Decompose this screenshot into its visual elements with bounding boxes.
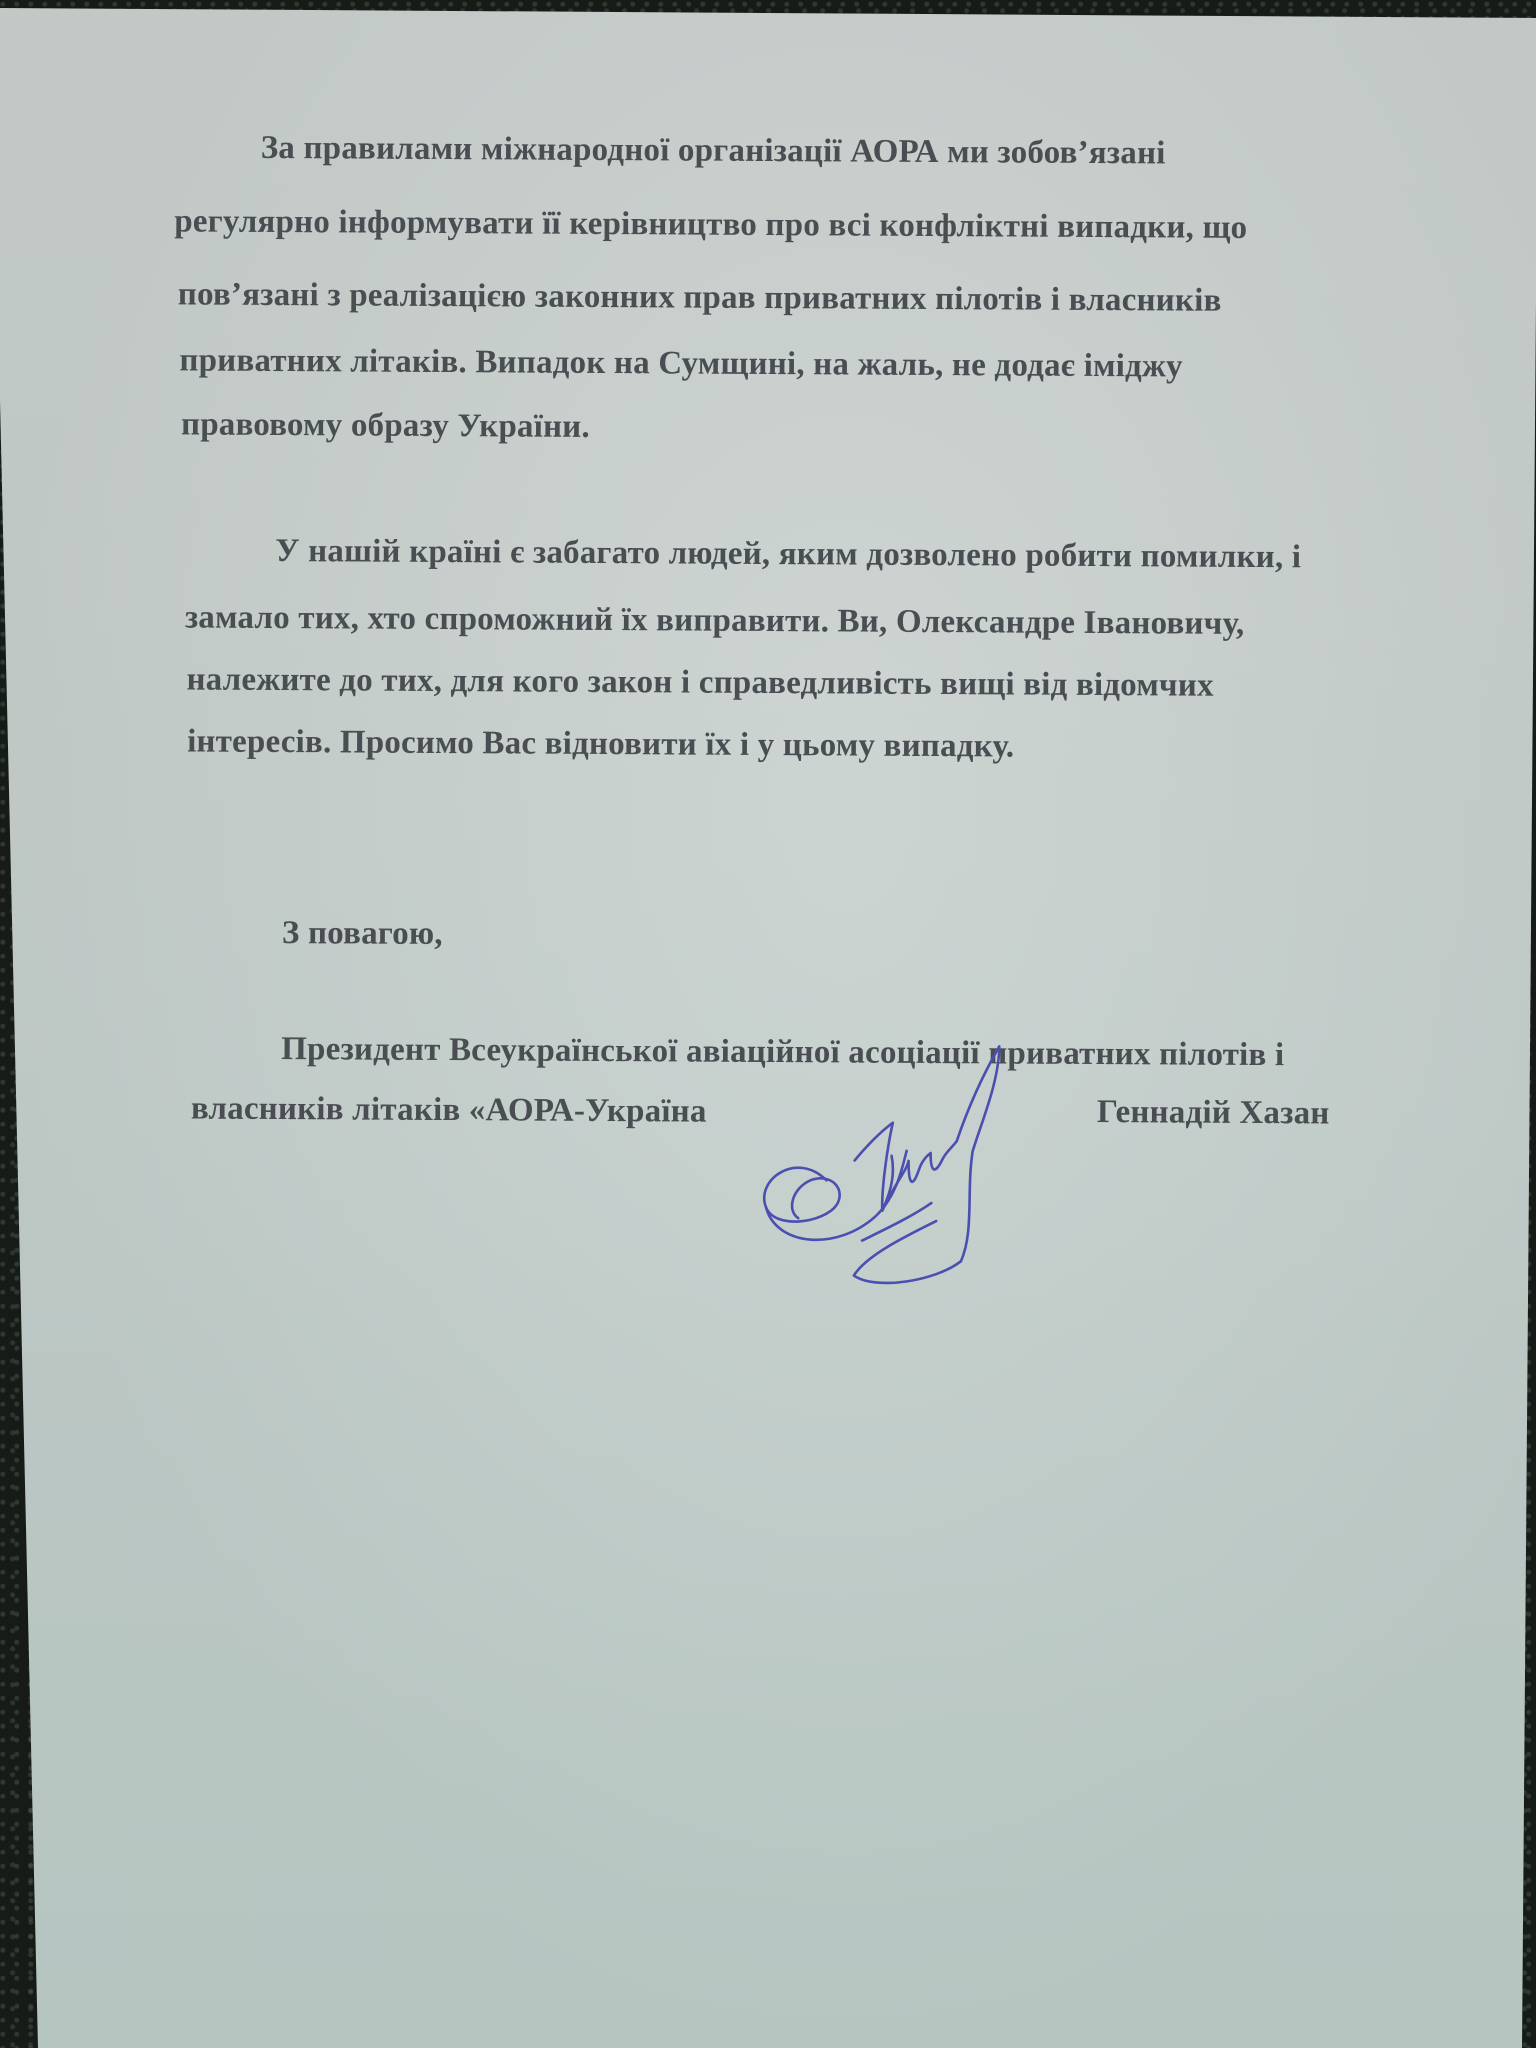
closing-salutation: З повагою,	[282, 915, 443, 953]
paragraph-1-line-5: правовому образу України.	[181, 406, 590, 445]
paragraph-2-line-3: належите до тих, для кого закон і справе…	[186, 661, 1213, 704]
paragraph-1-line-2: регулярно інформувати її керівництво про…	[174, 203, 1247, 247]
paragraph-2-line-4: інтересів. Просимо Вас відновити їх і у …	[187, 723, 1014, 765]
signer-title-line-2: власників літаків «АОРА-Україна	[191, 1090, 707, 1130]
paragraph-2-line-2: замало тих, хто спроможний їх виправити.…	[185, 599, 1245, 642]
paragraph-2-line-1: У нашій країні є забагато людей, яким до…	[275, 533, 1301, 576]
letter-body: За правилами міжнародної організації АОР…	[0, 0, 1536, 2048]
handwritten-signature-icon	[736, 1040, 1038, 1302]
paragraph-1-line-1: За правилами міжнародної організації АОР…	[261, 130, 1166, 173]
signer-name: Геннадій Хазан	[1097, 1094, 1330, 1132]
paragraph-1-line-3: пов’язані з реалізацією законних прав пр…	[178, 276, 1222, 319]
paragraph-1-line-4: приватних літаків. Випадок на Сумщині, н…	[179, 342, 1183, 385]
